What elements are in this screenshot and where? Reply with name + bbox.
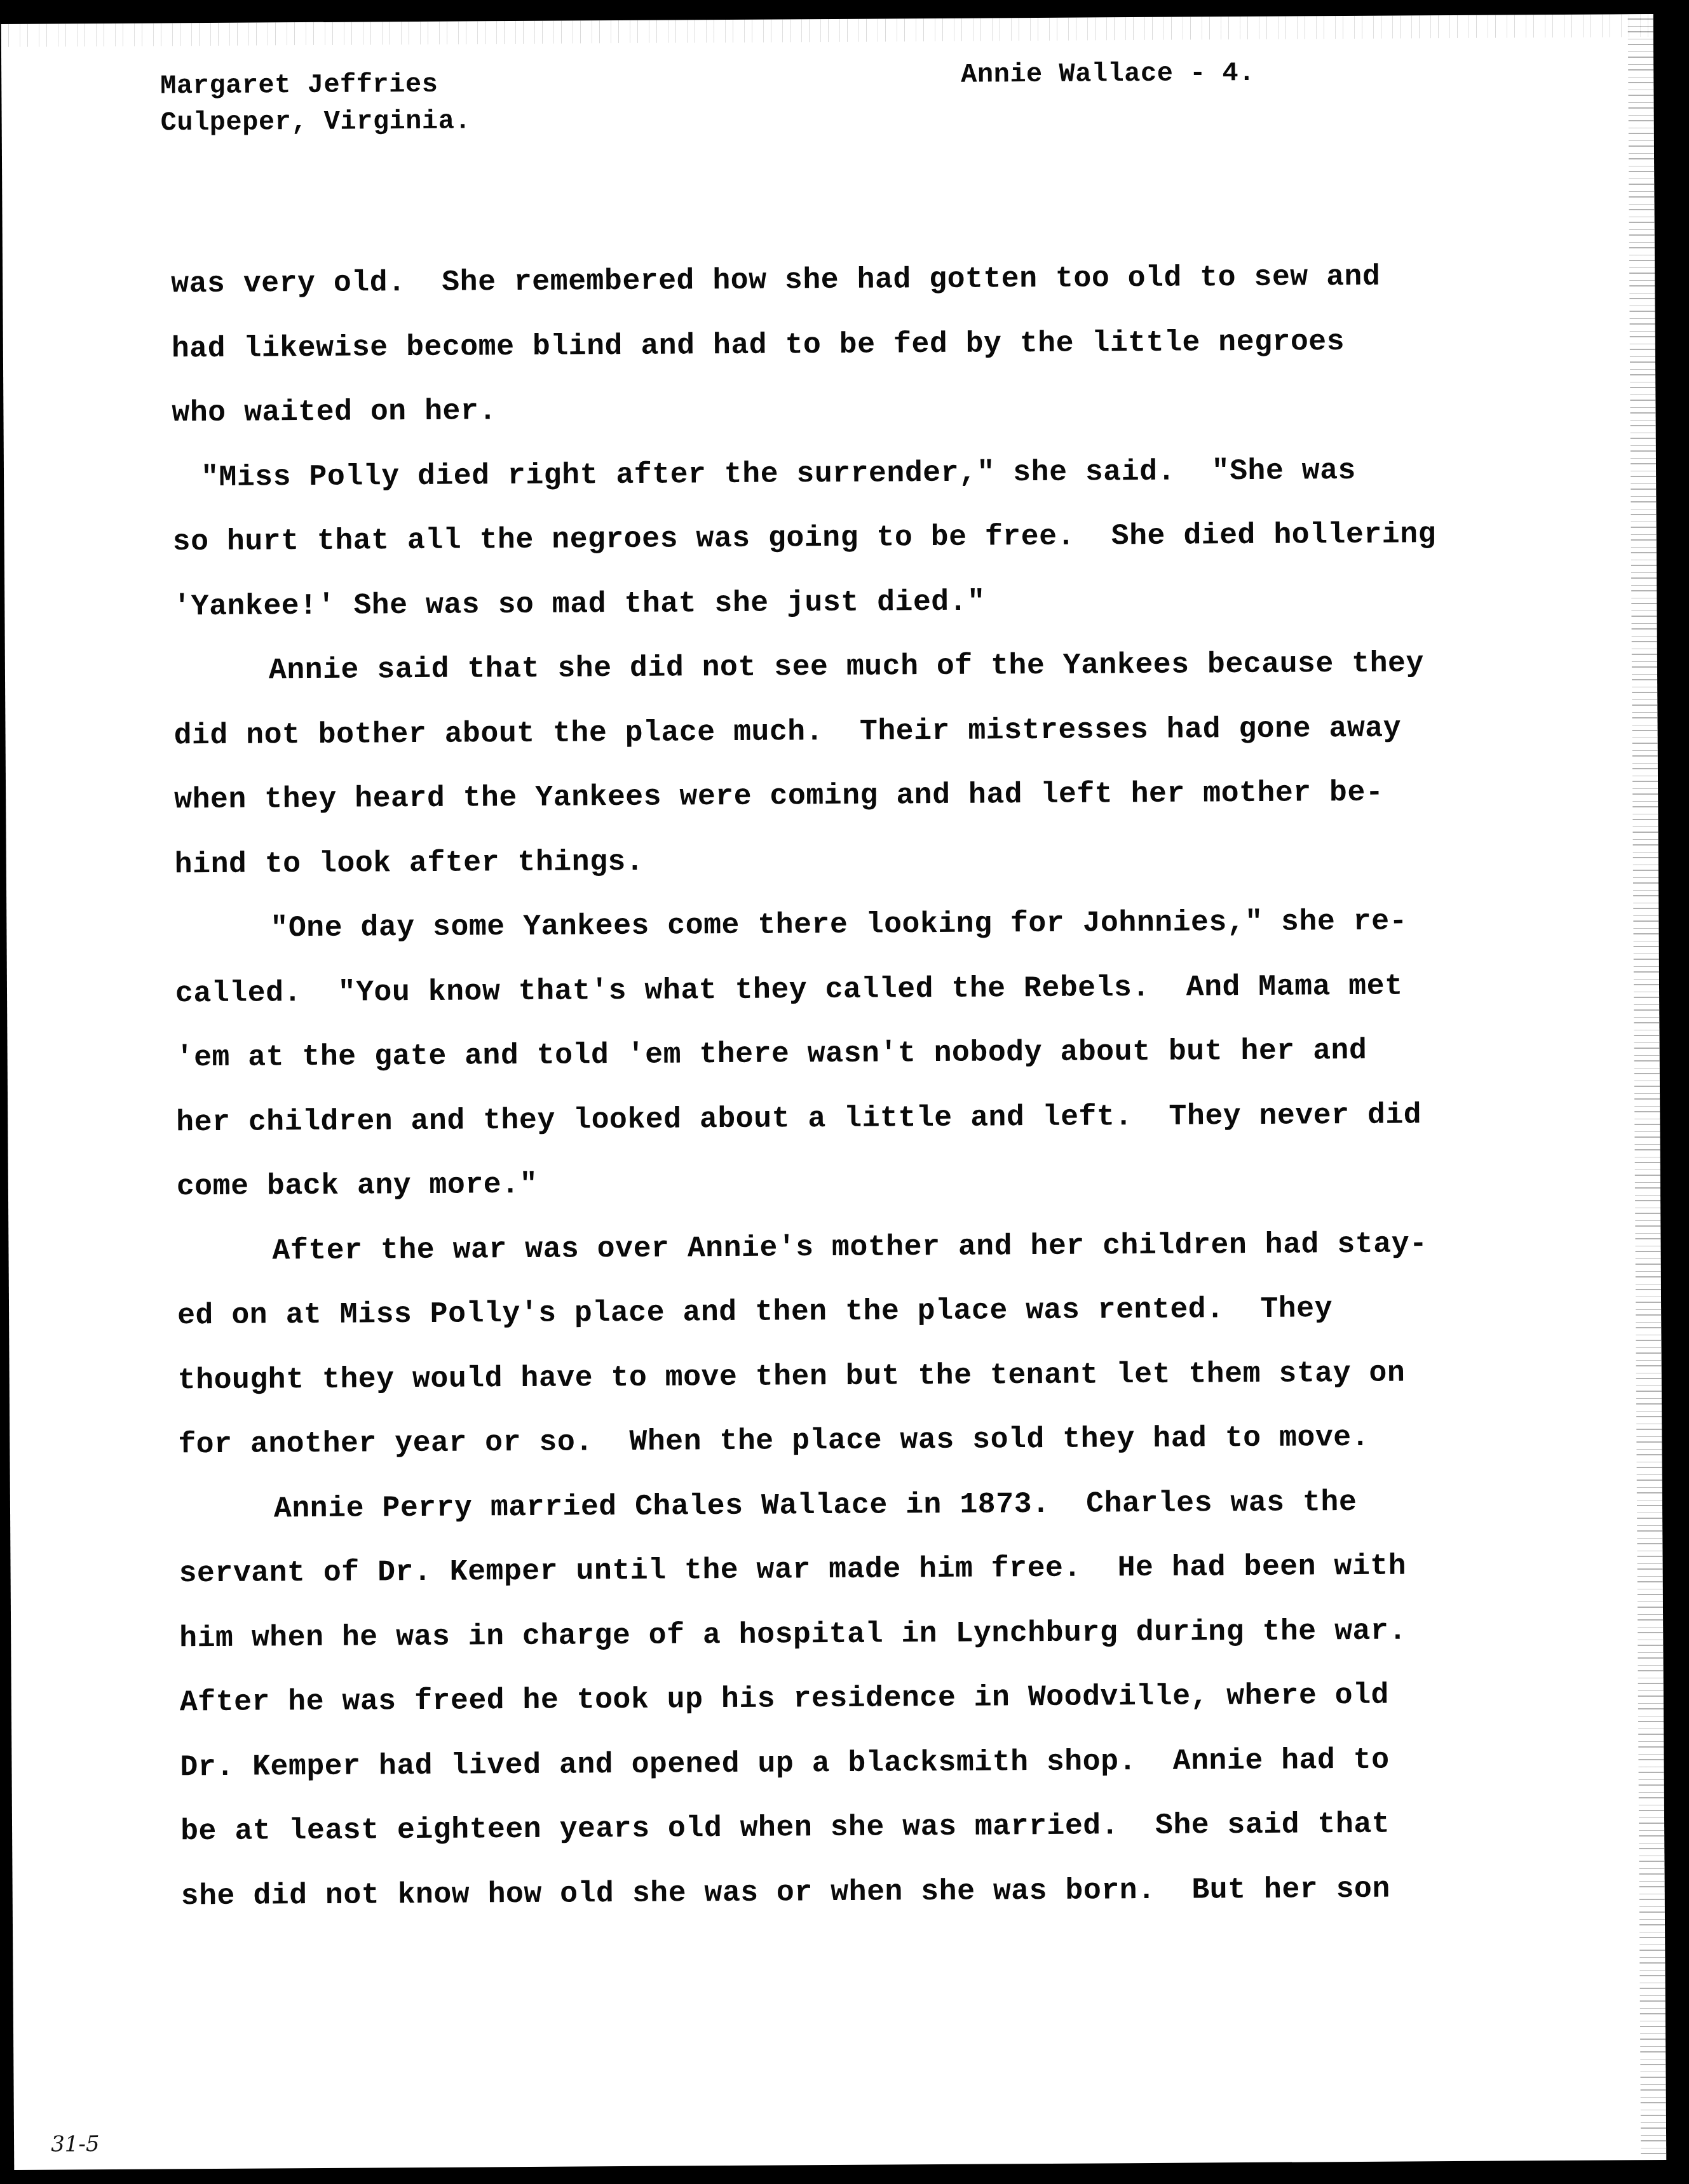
text-line: After he was freed he took up his reside… <box>180 1662 1547 1735</box>
author-name: Margaret Jeffries <box>160 65 471 104</box>
text-line: ed on at Miss Polly's place and then the… <box>177 1275 1544 1348</box>
text-line: Annie Perry married Chales Wallace in 18… <box>179 1469 1545 1542</box>
text-line: come back any more." <box>177 1146 1543 1219</box>
text-line: thought they would have to move then but… <box>177 1340 1544 1413</box>
author-location: Culpeper, Virginia. <box>160 102 471 141</box>
text-line: After the war was over Annie's mother an… <box>177 1211 1543 1284</box>
text-line: "One day some Yankees come there looking… <box>175 888 1542 961</box>
text-line: who waited on her. <box>172 372 1538 445</box>
text-line: him when he was in charge of a hospital … <box>179 1598 1546 1671</box>
text-line: when they heard the Yankees were coming … <box>174 759 1541 832</box>
document-page: Margaret Jeffries Culpeper, Virginia. An… <box>1 14 1667 2170</box>
scan-noise-top <box>1 14 1653 47</box>
text-line: she did not know how old she was or when… <box>180 1856 1547 1929</box>
text-line: hind to look after things. <box>174 824 1541 897</box>
text-line: Annie said that she did not see much of … <box>173 630 1540 703</box>
text-line: did not bother about the place much. The… <box>173 695 1540 768</box>
scan-noise-right-edge <box>1628 14 1667 2160</box>
body-text: was very old. She remembered how she had… <box>171 243 1547 1928</box>
text-line: be at least eighteen years old when she … <box>180 1791 1547 1864</box>
text-line: so hurt that all the negroes was going t… <box>172 501 1539 574</box>
text-line: for another year or so. When the place w… <box>178 1404 1545 1477</box>
text-line: 'em at the gate and told 'em there wasn'… <box>175 1017 1542 1090</box>
text-line: "Miss Polly died right after the surrend… <box>172 437 1539 510</box>
text-line: had likewise become blind and had to be … <box>172 308 1538 381</box>
author-block: Margaret Jeffries Culpeper, Virginia. <box>160 65 471 141</box>
text-line: servant of Dr. Kemper until the war made… <box>179 1533 1545 1606</box>
handwritten-page-mark: 31-5 <box>51 2131 100 2157</box>
text-line: 'Yankee!' She was so mad that she just d… <box>173 566 1540 639</box>
text-line: was very old. She remembered how she had… <box>171 243 1538 316</box>
page-label: Annie Wallace - 4. <box>961 55 1255 93</box>
text-line: called. "You know that's what they calle… <box>175 953 1542 1026</box>
text-line: her children and they looked about a lit… <box>176 1082 1543 1155</box>
text-line: Dr. Kemper had lived and opened up a bla… <box>180 1727 1547 1800</box>
